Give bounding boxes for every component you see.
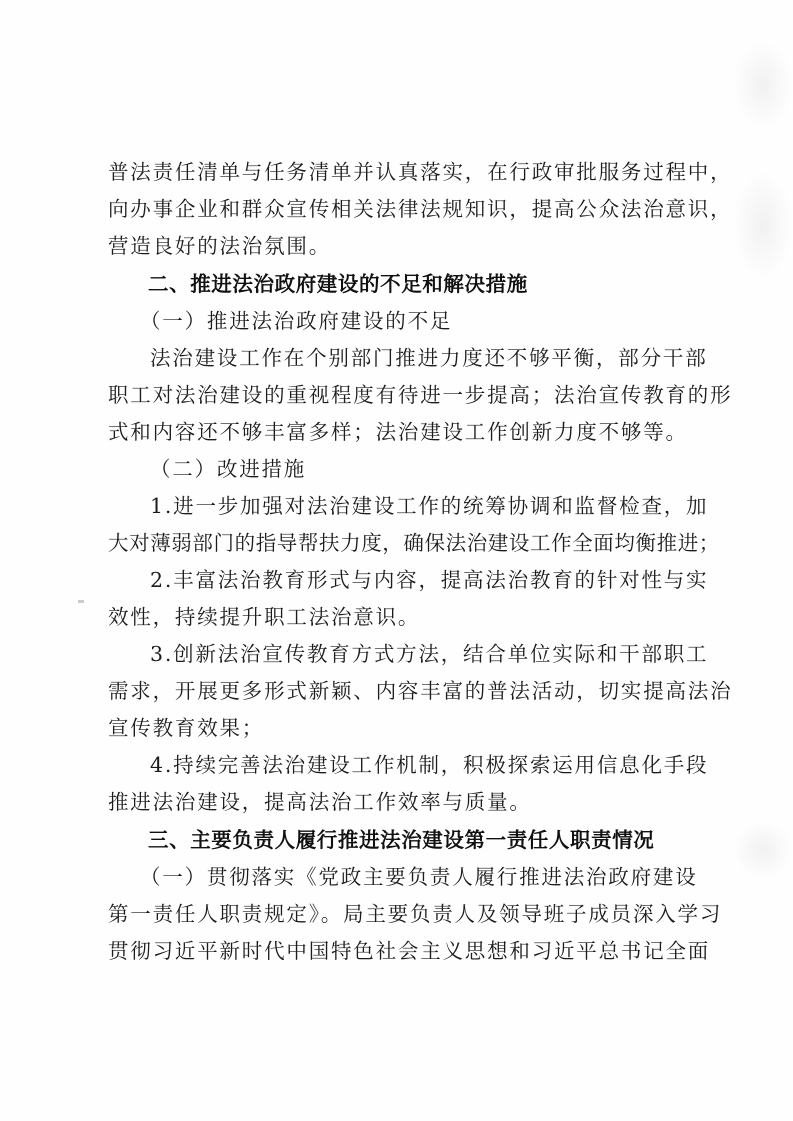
list-item-4-start: 4.持续完善法治建设工作机制，积极探索运用信息化手段: [150, 751, 708, 779]
subsection-heading: （一）推进法治政府建设的不足: [140, 307, 452, 335]
list-item-1-start: 1.进一步加强对法治建设工作的统筹协调和监督检查，加: [150, 492, 708, 520]
subsection-heading: （二）改进措施: [150, 455, 306, 483]
list-item-3-start: 3.创新法治宣传教育方式方法，结合单位实际和干部职工: [150, 640, 708, 668]
body-line: 向办事企业和群众宣传相关法律法规知识，提高公众法治意识，: [108, 195, 732, 223]
body-line: 式和内容还不够丰富多样；法治建设工作创新力度不够等。: [108, 418, 688, 446]
scan-artifact: [733, 820, 793, 880]
scan-artifact: [733, 40, 793, 130]
scan-artifact: [733, 170, 793, 280]
body-line: 贯彻习近平新时代中国特色社会主义思想和习近平总书记全面: [108, 937, 710, 965]
body-line: 推进法治建设，提高法治工作效率与质量。: [108, 788, 532, 816]
subsection-heading: （一）贯彻落实《党政主要负责人履行推进法治政府建设: [140, 863, 698, 891]
list-item-2-start: 2.丰富法治教育形式与内容，提高法治教育的针对性与实: [150, 566, 708, 594]
section-heading: 三、主要负责人履行推进法治建设第一责任人职责情况: [148, 826, 654, 854]
margin-mark: [78, 600, 84, 603]
body-line: 宣传教育效果；: [108, 714, 264, 742]
body-line: 效性，持续提升职工法治意识。: [108, 603, 420, 631]
body-line: 大对薄弱部门的指导帮扶力度，确保法治建设工作全面均衡推进；: [108, 529, 720, 557]
document-page: 普法责任清单与任务清单并认真落实，在行政审批服务过程中， 向办事企业和群众宣传相…: [0, 0, 793, 1121]
body-line: 第一责任人职责规定》。局主要负责人及领导班子成员深入学习: [108, 900, 722, 928]
section-heading: 二、推进法治政府建设的不足和解决措施: [148, 270, 528, 298]
body-line: 职工对法治建设的重视程度有待进一步提高；法治宣传教育的形: [108, 381, 732, 409]
body-line: 需求，开展更多形式新颖、内容丰富的普法活动，切实提高法治: [108, 677, 732, 705]
body-line: 普法责任清单与任务清单并认真落实，在行政审批服务过程中，: [108, 158, 732, 186]
paragraph-start-line: 法治建设工作在个别部门推进力度还不够平衡，部分干部: [150, 344, 708, 372]
body-line: 营造良好的法治氛围。: [108, 232, 331, 260]
